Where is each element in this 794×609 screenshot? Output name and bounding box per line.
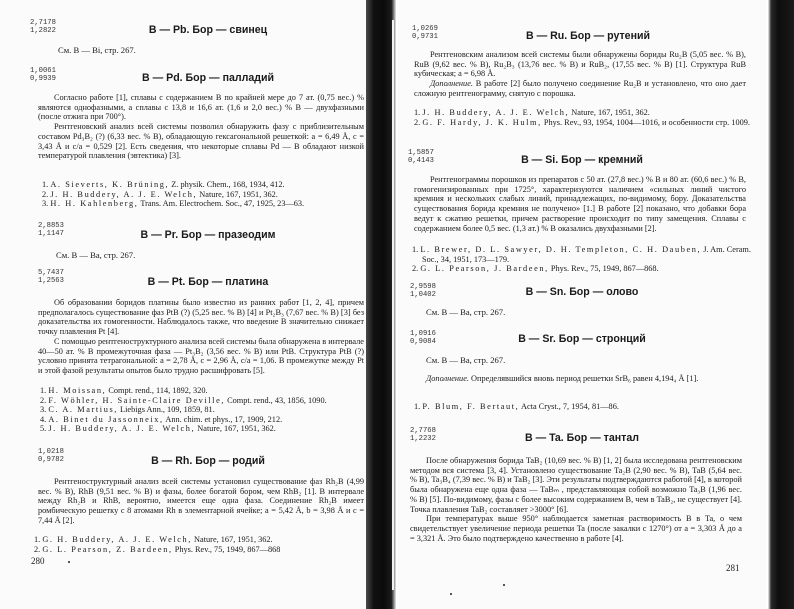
section-title-pb: B — Pb. Бор — свинец: [24, 24, 392, 36]
section-body-ta: После обнаружения борида TaB₂ (10,69 вес…: [410, 456, 742, 543]
section-title-pd: B — Pd. Бор — палладий: [24, 72, 392, 84]
section-title-si: B — Si. Бор — кремний: [398, 154, 766, 166]
references-pd: 1. A. Sieverts, K. Brüning, Z. physik. C…: [42, 180, 304, 209]
reference: 1. J. H. Buddery, A. J. E. Welch, Nature…: [414, 108, 754, 118]
print-speck: [68, 561, 70, 563]
section-title-ru: B — Ru. Бор — рутений: [404, 30, 772, 42]
reference: 2. J. H. Buddery, A. J. E. Welch, Nature…: [42, 190, 304, 200]
print-speck: [503, 584, 505, 586]
section-title-pr: B — Pr. Бор — празеодим: [24, 229, 392, 241]
references-pt: 1. H. Moissan, Compt. rend., 114, 1892, …: [40, 386, 327, 434]
references-rh: 1. G. H. Buddery, A. J. E. Welch, Nature…: [34, 535, 280, 554]
section-title-pt: B — Pt. Бор — платина: [24, 276, 392, 288]
cross-reference: См. B — Ba, стр. 267.: [426, 307, 505, 317]
section-title-rh: B — Rh. Бор — родий: [24, 455, 392, 467]
references-si: 1. L. Brewer, D. L. Sawyer, D. H. Temple…: [412, 245, 754, 274]
section-body-ru: Рентгеновским анализом всей системы были…: [414, 50, 746, 99]
cross-reference: См. B — Ba, стр. 267.: [56, 250, 135, 260]
references-ru: 1. J. H. Buddery, A. J. E. Welch, Nature…: [414, 108, 754, 127]
reference: 3. C. A. Martius, Liebigs Ann., 109, 185…: [40, 405, 327, 415]
section-body-pd: Согласно работе [1], сплавы с содержание…: [38, 93, 364, 161]
section-body-pt: Об образовании боридов платины было изве…: [38, 298, 364, 376]
reference: 1. G. H. Buddery, A. J. E. Welch, Nature…: [34, 535, 280, 545]
reference: 1. A. Sieverts, K. Brüning, Z. physik. C…: [42, 180, 304, 190]
page-number: 281: [726, 563, 740, 573]
reference: 2. G. L. Pearson, Z. Bardeen, Phys. Rev.…: [34, 545, 280, 555]
cross-reference: См. B — Bi, стр. 267.: [58, 45, 136, 55]
section-title-ta: B — Ta. Бор — тантал: [398, 432, 766, 444]
right-page: 1,0269 0,9731 B — Ru. Бор — рутений Рент…: [398, 0, 766, 609]
section-body-rh: Рентгеноструктурный анализ всей системы …: [38, 477, 364, 526]
reference: 1. H. Moissan, Compt. rend., 114, 1892, …: [40, 386, 327, 396]
reference: 1. P. Blum, F. Bertaut, Acta Cryst., 7, …: [414, 402, 619, 412]
reference: 1. L. Brewer, D. L. Sawyer, D. H. Temple…: [412, 245, 754, 264]
references-sr: 1. P. Blum, F. Bertaut, Acta Cryst., 7, …: [414, 402, 619, 412]
cross-reference: См. B — Ba, стр. 267.: [426, 355, 505, 365]
page-edge: [768, 0, 794, 609]
section-title-sn: B — Sn. Бор — олово: [398, 286, 766, 298]
reference: 2. G. F. Hardy, J. K. Hulm, Phys. Rev., …: [414, 118, 754, 128]
reference: 2. G. L. Pearson, J. Bardeen, Phys. Rev.…: [412, 264, 754, 274]
section-addendum-sr: Дополнение. Определявшийся вновь период …: [410, 374, 730, 384]
section-title-sr: B — Sr. Бор — стронций: [398, 333, 766, 345]
reference: 5. J. H. Buddery, A. J. E. Welch, Nature…: [40, 424, 327, 434]
page-number: 280: [31, 556, 45, 566]
print-speck: [450, 593, 452, 595]
gutter-highlight: [392, 20, 394, 590]
reference: 3. H. H. Kahlenberg, Trans. Am. Electroc…: [42, 199, 304, 209]
reference: 4. A. Binet du Jassonneix, Ann. chim. et…: [40, 415, 327, 425]
left-page: 2,7178 1,2822 B — Pb. Бор — свинец См. B…: [0, 0, 368, 609]
reference: 2. F. Wöhler, H. Sainte-Claire Deville, …: [40, 396, 327, 406]
section-body-si: Рентгенограммы порошков из препаратов с …: [414, 175, 746, 233]
